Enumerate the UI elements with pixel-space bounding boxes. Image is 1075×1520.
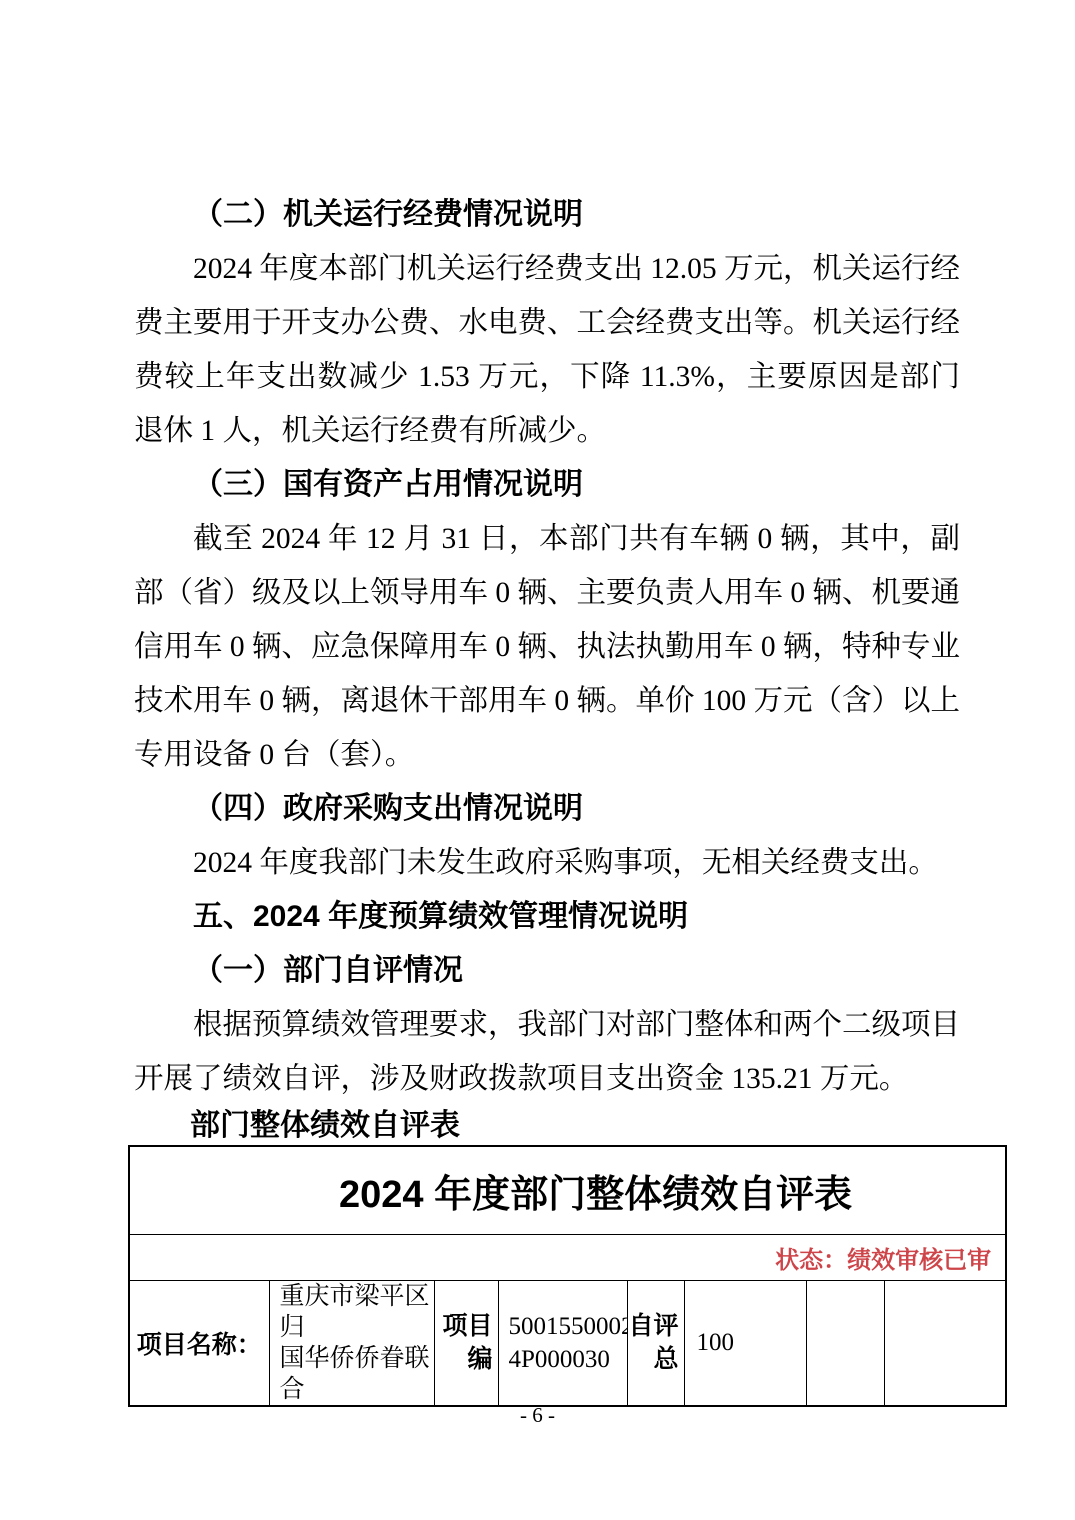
project-name-label: 项目名称： xyxy=(129,1281,269,1407)
paragraph-org-expense: 2024 年度本部门机关运行经费支出 12.05 万元，机关运行经费主要用于开支… xyxy=(134,242,960,458)
project-code-value: 5001550002 4P000030 xyxy=(498,1281,627,1407)
section-heading-state-assets: （三）国有资产占用情况说明 xyxy=(134,458,960,512)
paragraph-self-evaluation: 根据预算绩效管理要求，我部门对部门整体和两个二级项目开展了绩效自评，涉及财政拨款… xyxy=(134,998,960,1106)
section-heading-procurement: （四）政府采购支出情况说明 xyxy=(134,782,960,836)
document-body: （二）机关运行经费情况说明 2024 年度本部门机关运行经费支出 12.05 万… xyxy=(134,188,960,1106)
table-caption: 部门整体绩效自评表 xyxy=(128,1106,1007,1145)
self-evaluation-table: 2024 年度部门整体绩效自评表 状态：绩效审核已审 项目名称： 重庆市梁平区归… xyxy=(128,1145,1007,1407)
paragraph-procurement: 2024 年度我部门未发生政府采购事项，无相关经费支出。 xyxy=(134,836,960,890)
project-name-value: 重庆市梁平区归 国华侨侨眷联合 xyxy=(269,1281,434,1407)
table-title: 2024 年度部门整体绩效自评表 xyxy=(129,1146,1006,1235)
empty-cell xyxy=(806,1281,884,1407)
table-row: 项目名称： 重庆市梁平区归 国华侨侨眷联合 项目 编 5001550002 4P… xyxy=(129,1281,1006,1407)
document-page: （二）机关运行经费情况说明 2024 年度本部门机关运行经费支出 12.05 万… xyxy=(0,0,1075,1520)
self-evaluation-table-block: 部门整体绩效自评表 2024 年度部门整体绩效自评表 状态：绩效审核已审 项目名… xyxy=(128,1106,1007,1407)
table-title-row: 2024 年度部门整体绩效自评表 xyxy=(129,1146,1006,1235)
self-score-label: 自评 总 xyxy=(627,1281,684,1407)
section-heading-self-evaluation: （一）部门自评情况 xyxy=(134,944,960,998)
paragraph-state-assets: 截至 2024 年 12 月 31 日，本部门共有车辆 0 辆，其中，副部（省）… xyxy=(134,512,960,782)
status-badge: 状态：绩效审核已审 xyxy=(129,1235,1006,1281)
page-number: - 6 - xyxy=(0,1402,1075,1428)
project-code-label: 项目 编 xyxy=(434,1281,498,1407)
empty-cell xyxy=(884,1281,1006,1407)
table-status-row: 状态：绩效审核已审 xyxy=(129,1235,1006,1281)
chapter-heading-performance: 五、2024 年度预算绩效管理情况说明 xyxy=(134,890,960,944)
self-score-value: 100 xyxy=(684,1281,806,1407)
section-heading-org-expense: （二）机关运行经费情况说明 xyxy=(134,188,960,242)
